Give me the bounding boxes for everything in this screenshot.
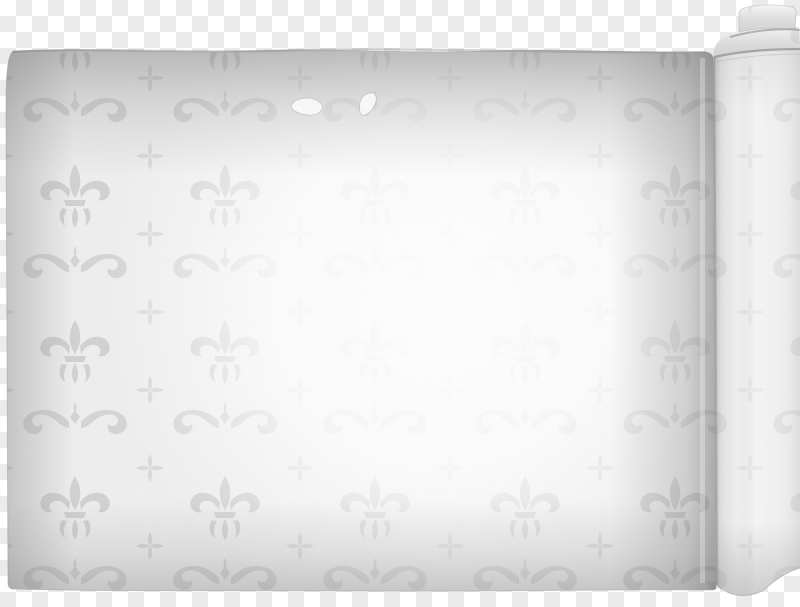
image-stage xyxy=(0,0,800,607)
grain-texture xyxy=(0,0,800,607)
scroll-image xyxy=(0,0,800,607)
